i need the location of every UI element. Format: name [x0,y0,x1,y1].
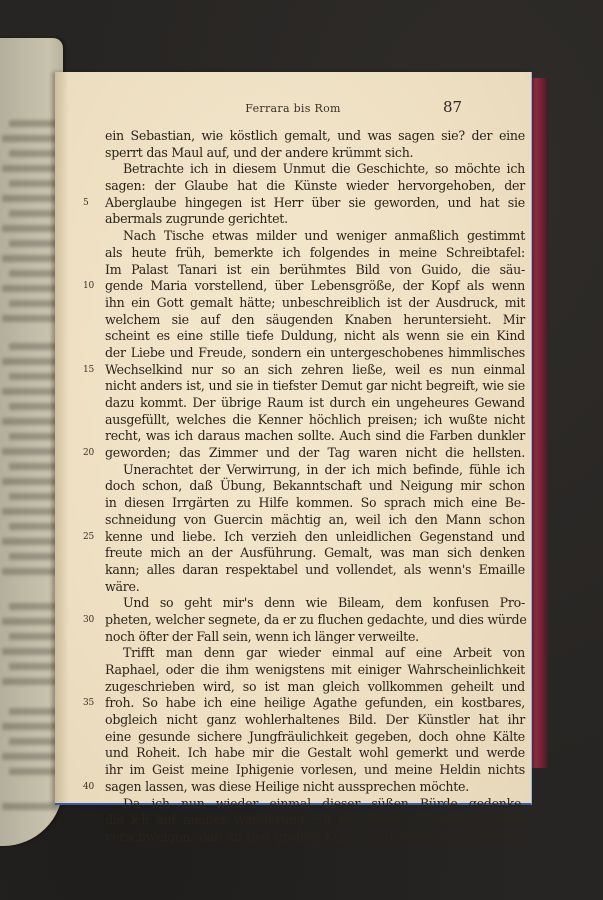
blurred-text-line [2,568,59,575]
line-text: pheten, welcher segnete, da er zu fluche… [105,612,527,627]
blurred-text-line [2,478,59,485]
text-line: noch öfter der Fall sein, wenn ich länge… [105,629,525,646]
text-line: und Roheit. Ich habe mir die Gestalt woh… [105,745,525,762]
text-line: scheint es eine stille tiefe Duldung, ni… [105,328,525,345]
body-text: ein Sebastian, wie köstlich gemalt, und … [105,128,525,846]
blurred-text-line [2,165,59,172]
line-text: Nach Tische etwas milder und weniger anm… [123,228,525,243]
blurred-text-line [2,723,59,730]
line-text: ihn ein Gott gemalt hätte; unbeschreibli… [105,295,525,310]
blurred-text-line [2,255,59,262]
text-line: abermals zugrunde gerichtet. [105,211,525,228]
blurred-text-line [2,315,59,322]
text-line: kann; alles daran respektabel und vollen… [105,562,525,579]
blurred-text-line [2,753,59,760]
blurred-text-line [9,240,59,247]
text-line: sagen lassen, was diese Heilige nicht au… [105,779,525,796]
line-text: Raphael, oder die ihm wenigstens mit ein… [105,662,525,677]
line-text: Aberglaube hingegen ist Herr über sie ge… [105,195,525,210]
blurred-text-line [2,508,59,515]
line-number: 15 [83,362,97,379]
line-text: Und so geht mir's denn wie Bileam, dem k… [123,595,525,610]
blurred-text-line [2,225,59,232]
line-text: doch schon, daß Übung, Bekanntschaft und… [105,478,525,493]
blurred-text-line [2,648,59,655]
blurred-text-line [9,663,59,670]
text-line: die ich auf meiner Wanderung mit mir füh… [105,812,525,829]
line-number: 35 [83,695,97,712]
line-text: nicht anders ist, und sie in tiefster De… [105,378,525,393]
blurred-text-line [9,180,59,187]
line-text: froh. So habe ich eine heilige Agathe ge… [105,695,525,710]
blurred-text-line [9,433,59,440]
text-line: Aberglaube hingegen ist Herr über sie ge… [105,195,525,212]
blurred-text-line [2,358,59,365]
line-text: sperrt das Maul auf, und der andere krüm… [105,145,413,160]
line-text: in diesen Irrgärten zu Hilfe kommen. So … [105,495,525,510]
line-text: verschweigen, daß zu den großen Kunst- u… [105,829,525,844]
blurred-text-line [9,633,59,640]
line-text: die ich auf meiner Wanderung mit mir füh… [105,812,525,827]
blurred-text-line [9,300,59,307]
blurred-text-line [9,768,59,775]
text-line: Da ich nun wieder einmal dieser süßen Bü… [105,796,525,813]
blurred-text-line [9,738,59,745]
text-line: Unerachtet der Verwirrung, in der ich mi… [105,462,525,479]
blurred-text-line [2,388,59,395]
line-text: wäre. [105,579,140,594]
line-text: kenne und liebe. Ich verzieh den unleidl… [105,529,525,544]
line-text: dazu kommt. Der übrige Raum ist durch ei… [105,395,525,410]
blurred-text-line [2,538,59,545]
line-text: ein Sebastian, wie köstlich gemalt, und … [105,128,525,143]
text-line: sperrt das Maul auf, und der andere krüm… [105,145,525,162]
text-line: als heute früh, bemerkte ich folgendes i… [105,245,525,262]
text-line: gende Maria vorstellend, über Lebensgröß… [105,278,525,295]
text-line: Trifft man denn gar wieder einmal auf ei… [105,645,525,662]
text-line: Raphael, oder die ihm wenigstens mit ein… [105,662,525,679]
line-number: 30 [83,612,97,629]
line-text: Da ich nun wieder einmal dieser süßen Bü… [123,796,525,811]
text-line: kenne und liebe. Ich verzieh den unleidl… [105,529,525,546]
text-line: nicht anders ist, und sie in tiefster De… [105,378,525,395]
line-text: freute mich an der Ausführung. Gemalt, w… [105,545,525,560]
line-text: Trifft man denn gar wieder einmal auf ei… [123,645,525,660]
book-cover-edge [529,78,549,768]
text-line: in diesen Irrgärten zu Hilfe kommen. So … [105,495,525,512]
text-line: pheten, welcher segnete, da er zu fluche… [105,612,525,629]
text-line: der Liebe und Freude, sondern ein unterg… [105,345,525,362]
line-text: obgleich nicht ganz wohlerhaltenes Bild.… [105,712,525,727]
text-line: Und so geht mir's denn wie Bileam, dem k… [105,595,525,612]
text-line: recht, was ich daraus machen sollte. Auc… [105,428,525,445]
line-number: 10 [83,278,97,295]
line-text: abermals zugrunde gerichtet. [105,211,288,226]
line-text: scheint es eine stille tiefe Duldung, ni… [105,328,525,343]
line-number: 5 [83,195,97,212]
page-number: 87 [443,98,462,116]
blurred-text-line [9,120,59,127]
line-text: welchem sie auf den säugenden Knaben her… [105,312,525,327]
blurred-text-line [9,523,59,530]
blurred-text-line [9,603,59,610]
line-text: sagen: der Glaube hat die Künste wieder … [105,178,525,193]
text-line: Wechselkind nur so an sich zehren ließe,… [105,362,525,379]
line-text: eine gesunde sichere Jungfräulichkeit ge… [105,729,525,744]
text-line: eine gesunde sichere Jungfräulichkeit ge… [105,729,525,746]
text-line: dazu kommt. Der übrige Raum ist durch ei… [105,395,525,412]
line-number: 25 [83,529,97,546]
text-line: doch schon, daß Übung, Bekanntschaft und… [105,478,525,495]
text-line: freute mich an der Ausführung. Gemalt, w… [105,545,525,562]
blurred-text-line [2,448,59,455]
blurred-text-line [9,403,59,410]
blurred-text-line [2,418,59,425]
text-line: obgleich nicht ganz wohlerhaltenes Bild.… [105,712,525,729]
line-text: noch öfter der Fall sein, wenn ich länge… [105,629,419,644]
text-line: ihr im Geist meine Iphigenie vorlesen, u… [105,762,525,779]
blurred-text-line [2,618,59,625]
line-text: als heute früh, bemerkte ich folgendes i… [105,245,525,260]
line-number: 20 [83,445,97,462]
line-text: ihr im Geist meine Iphigenie vorlesen, u… [105,762,525,777]
line-text: sagen lassen, was diese Heilige nicht au… [105,779,469,794]
blurred-text-line [9,493,59,500]
text-line: froh. So habe ich eine heilige Agathe ge… [105,695,525,712]
line-text: ausgefüllt, welches die Kenner höchlich … [105,412,525,427]
text-line: schneidung von Guercin mächtig an, weil … [105,512,525,529]
text-line: Im Palast Tanari ist ein berühmtes Bild … [105,262,525,279]
text-line: welchem sie auf den säugenden Knaben her… [105,312,525,329]
blurred-text-line [2,285,59,292]
blurred-text-line [2,803,59,810]
line-text: Unerachtet der Verwirrung, in der ich mi… [123,462,525,477]
blurred-text-line [9,270,59,277]
blurred-text-line [9,150,59,157]
text-line: ihn ein Gott gemalt hätte; unbeschreibli… [105,295,525,312]
line-number: 40 [83,779,97,796]
line-text: zugeschrieben wird, so ist man gleich vo… [105,679,525,694]
text-line: ein Sebastian, wie köstlich gemalt, und … [105,128,525,145]
text-line: ausgefüllt, welches die Kenner höchlich … [105,412,525,429]
blurred-text-line [2,135,59,142]
line-text: und Roheit. Ich habe mir die Gestalt woh… [105,745,525,760]
line-text: Betrachte ich in diesem Unmut die Geschi… [123,161,525,176]
blurred-text-line [9,463,59,470]
line-text: recht, was ich daraus machen sollte. Auc… [105,428,525,443]
line-text: Im Palast Tanari ist ein berühmtes Bild … [105,262,525,277]
line-text: gende Maria vorstellend, über Lebensgröß… [105,278,525,293]
blurred-text-line [9,553,59,560]
gutter-shadow [55,72,69,803]
text-line: verschweigen, daß zu den großen Kunst- u… [105,829,525,846]
text-line: sagen: der Glaube hat die Künste wieder … [105,178,525,195]
line-text: Wechselkind nur so an sich zehren ließe,… [105,362,525,377]
text-line: zugeschrieben wird, so ist man gleich vo… [105,679,525,696]
text-line: Nach Tische etwas milder und weniger anm… [105,228,525,245]
blurred-text-line [9,343,59,350]
blurred-text-line [2,195,59,202]
blurred-text-line [2,678,59,685]
text-line: wäre. [105,579,525,596]
blurred-text-line [9,708,59,715]
line-text: geworden; das Zimmer und der Tag waren n… [105,445,525,460]
line-text: schneidung von Guercin mächtig an, weil … [105,512,525,527]
blurred-text-line [9,373,59,380]
text-line: geworden; das Zimmer und der Tag waren n… [105,445,525,462]
book-page: Ferrara bis Rom 87 ein Sebastian, wie kö… [55,72,532,805]
blurred-text-line [9,210,59,217]
line-text: kann; alles daran respektabel und vollen… [105,562,525,577]
text-line: Betrachte ich in diesem Unmut die Geschi… [105,161,525,178]
facing-left-page [0,38,63,846]
line-text: der Liebe und Freude, sondern ein unterg… [105,345,525,360]
